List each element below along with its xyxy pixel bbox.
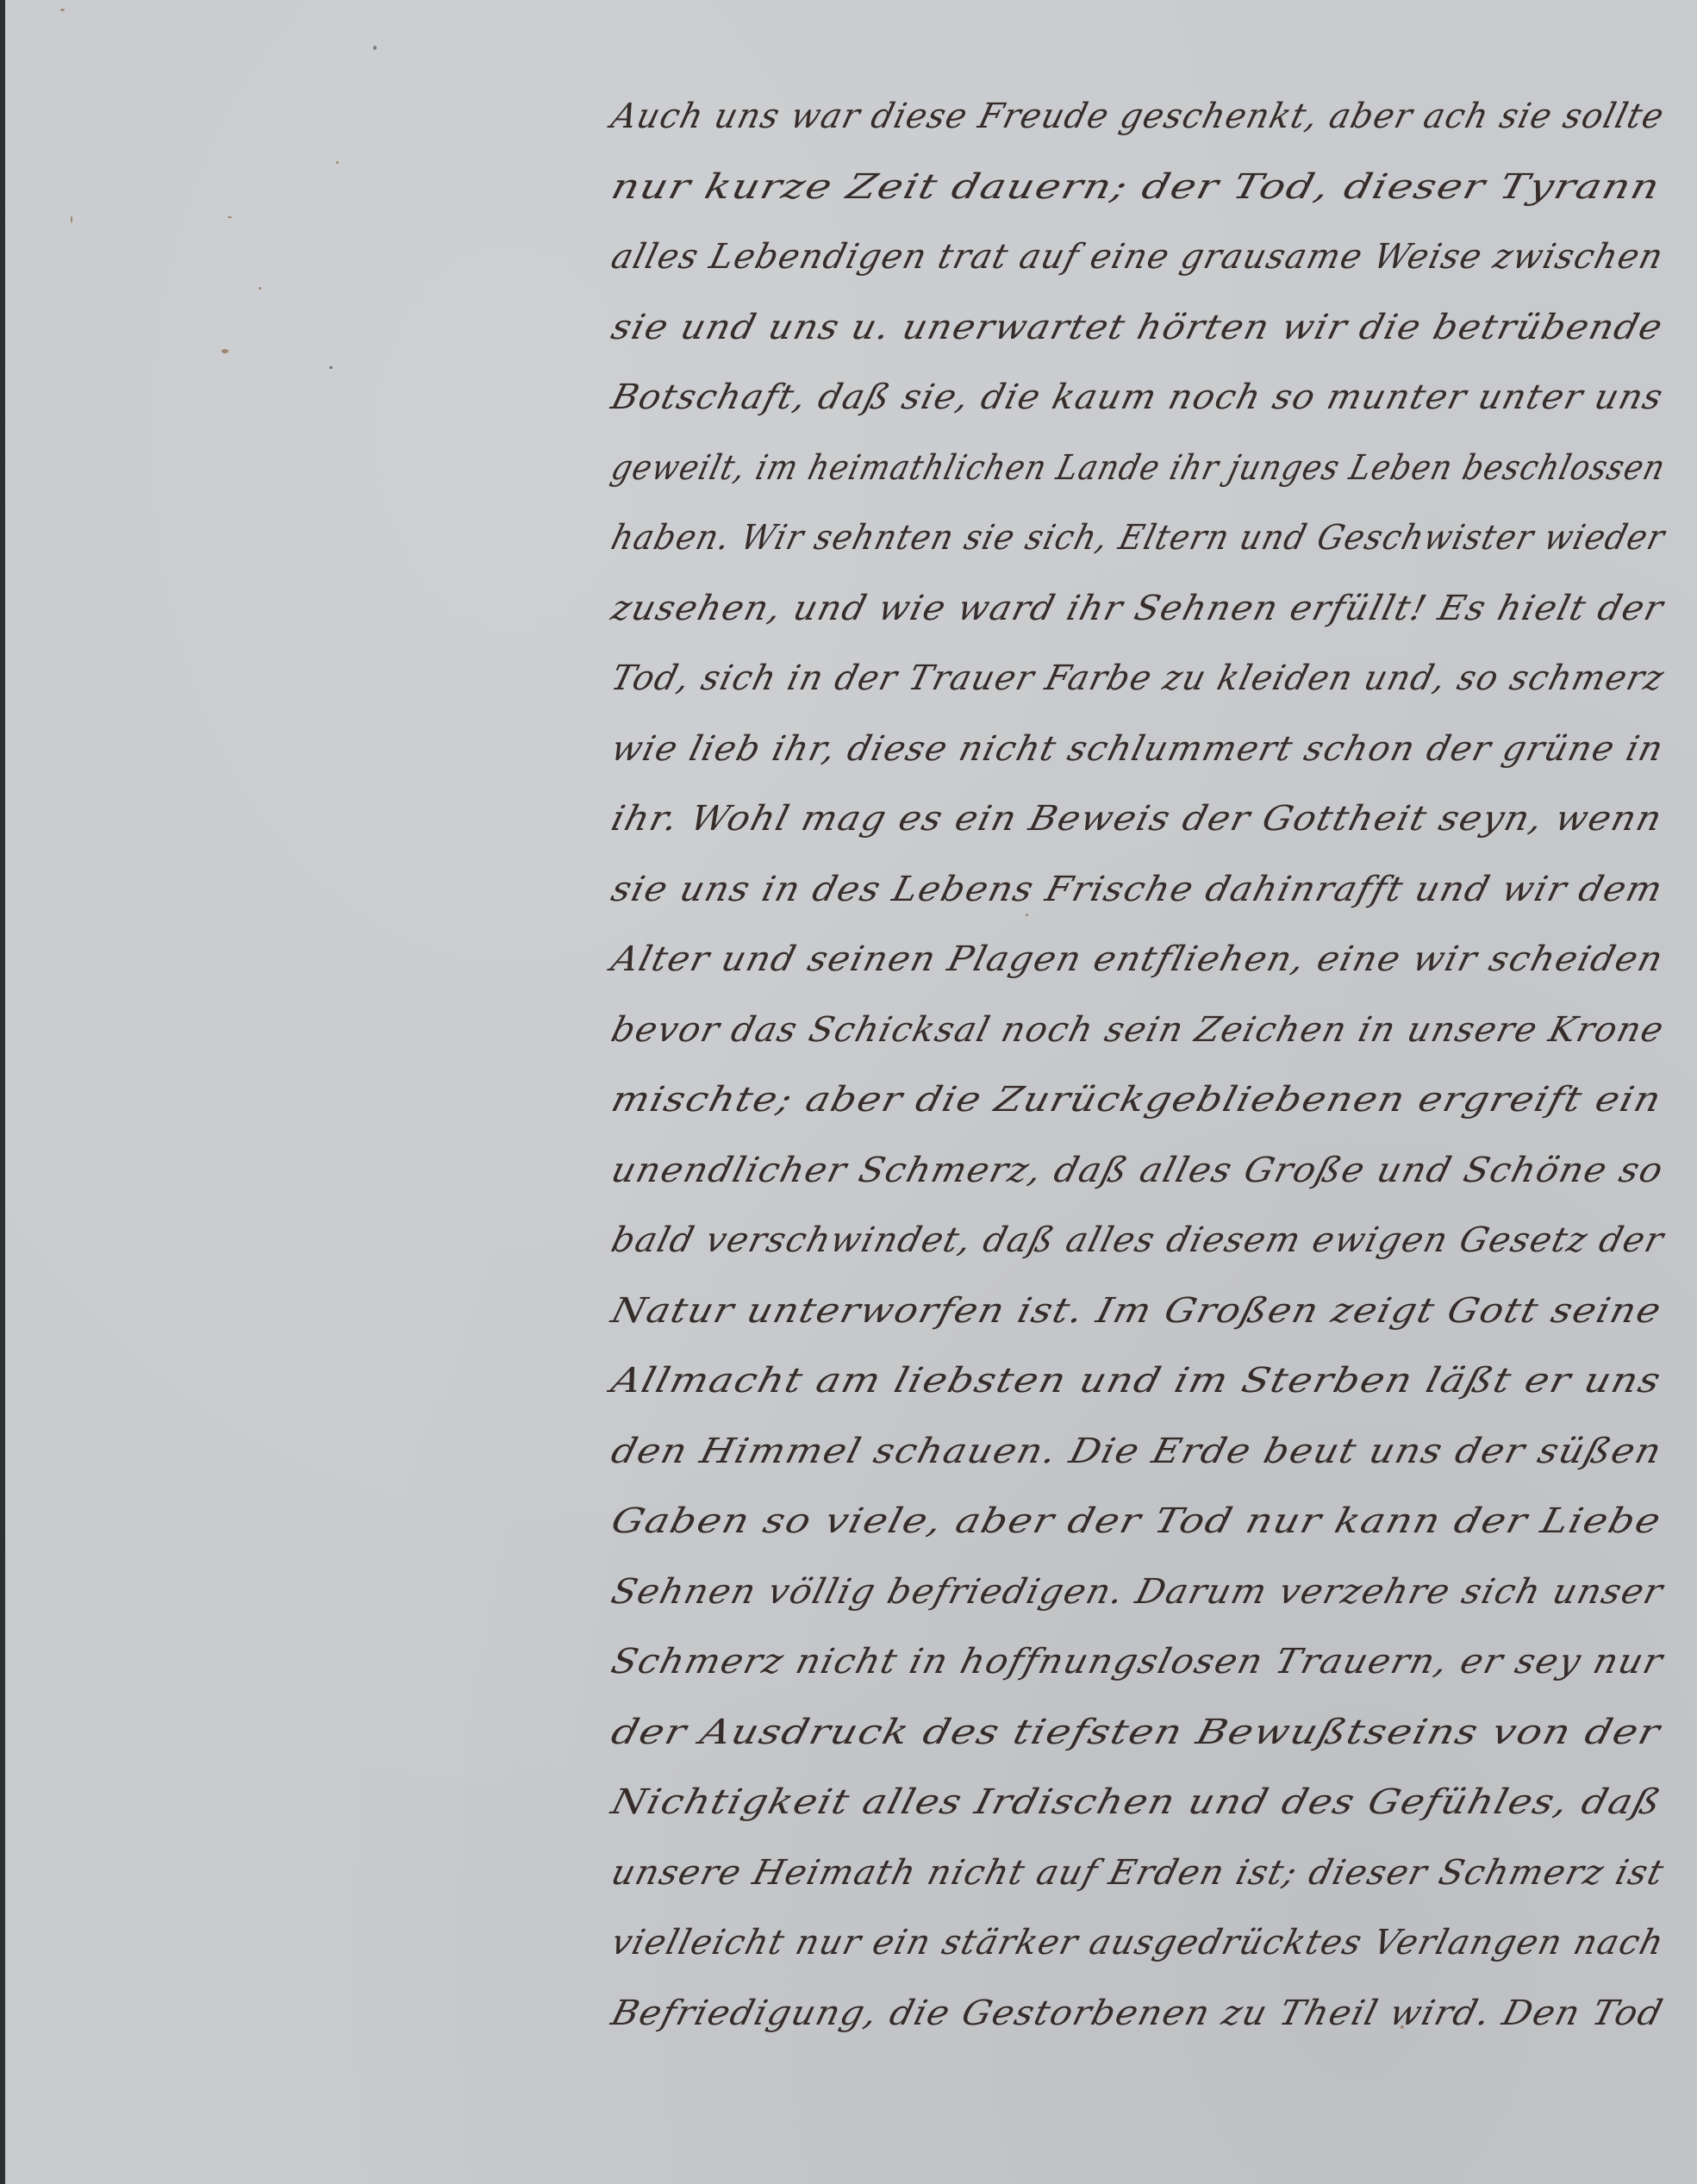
text-line: zusehen, und wie ward ihr Sehnen erfüllt… <box>603 574 1697 645</box>
text-line: mischte; aber die Zurückgebliebenen ergr… <box>603 1065 1697 1136</box>
page-left-edge <box>0 0 5 2184</box>
text-line: sie und uns u. unerwartet hörten wir die… <box>603 293 1697 364</box>
paper-fleck <box>329 366 333 369</box>
text-line: unsere Heimath nicht auf Erden ist; dies… <box>603 1838 1697 1909</box>
text-line: haben. Wir sehnten sie sich, Eltern und … <box>603 503 1697 574</box>
manuscript-page: Auch uns war diese Freude geschenkt, abe… <box>0 0 1697 2184</box>
text-line: Auch uns war diese Freude geschenkt, abe… <box>603 82 1697 153</box>
text-line: Alter und seinen Plagen entfliehen, eine… <box>603 925 1697 995</box>
text-line: bevor das Schicksal noch sein Zeichen in… <box>603 995 1697 1066</box>
paper-fleck <box>71 215 72 223</box>
paper-fleck <box>259 287 261 290</box>
paper-fleck <box>336 161 339 164</box>
paper-fleck <box>221 349 228 353</box>
text-line: Schmerz nicht in hoffnungslosen Trauern,… <box>603 1627 1697 1698</box>
text-line: unendlicher Schmerz, daß alles Große und… <box>603 1136 1697 1207</box>
text-line: ihr. Wohl mag es ein Beweis der Gottheit… <box>603 784 1697 855</box>
text-line: der Ausdruck des tiefsten Bewußtseins vo… <box>603 1698 1697 1769</box>
text-line: Nichtigkeit alles Irdischen und des Gefü… <box>603 1768 1697 1838</box>
text-line: geweilt, im heimathlichen Lande ihr jung… <box>603 434 1697 504</box>
handwritten-text: Auch uns war diese Freude geschenkt, abe… <box>603 82 1694 2049</box>
text-line: Tod, sich in der Trauer Farbe zu kleiden… <box>603 644 1697 714</box>
text-line: Gaben so viele, aber der Tod nur kann de… <box>603 1487 1697 1557</box>
text-line: Sehnen völlig befriedigen. Darum verzehr… <box>603 1557 1697 1628</box>
text-line: vielleicht nur ein stärker ausgedrücktes… <box>603 1908 1697 1979</box>
text-line: Befriedigung, die Gestorbenen zu Theil w… <box>603 1979 1697 2050</box>
text-line: Natur unterworfen ist. Im Großen zeigt G… <box>603 1276 1697 1347</box>
text-line: nur kurze Zeit dauern; der Tod, dieser T… <box>603 153 1697 223</box>
paper-fleck <box>228 216 232 218</box>
text-line: bald verschwindet, daß alles diesem ewig… <box>603 1206 1697 1276</box>
paper-fleck <box>60 9 65 11</box>
text-line: alles Lebendigen trat auf eine grausame … <box>603 222 1697 293</box>
text-line: wie lieb ihr, diese nicht schlummert sch… <box>603 714 1697 785</box>
text-line: sie uns in des Lebens Frische dahinrafft… <box>603 855 1697 926</box>
paper-fleck <box>373 46 377 50</box>
text-line: Allmacht am liebsten und im Sterben läßt… <box>603 1346 1697 1417</box>
text-line: den Himmel schauen. Die Erde beut uns de… <box>603 1417 1697 1488</box>
text-line: Botschaft, daß sie, die kaum noch so mun… <box>603 363 1697 434</box>
